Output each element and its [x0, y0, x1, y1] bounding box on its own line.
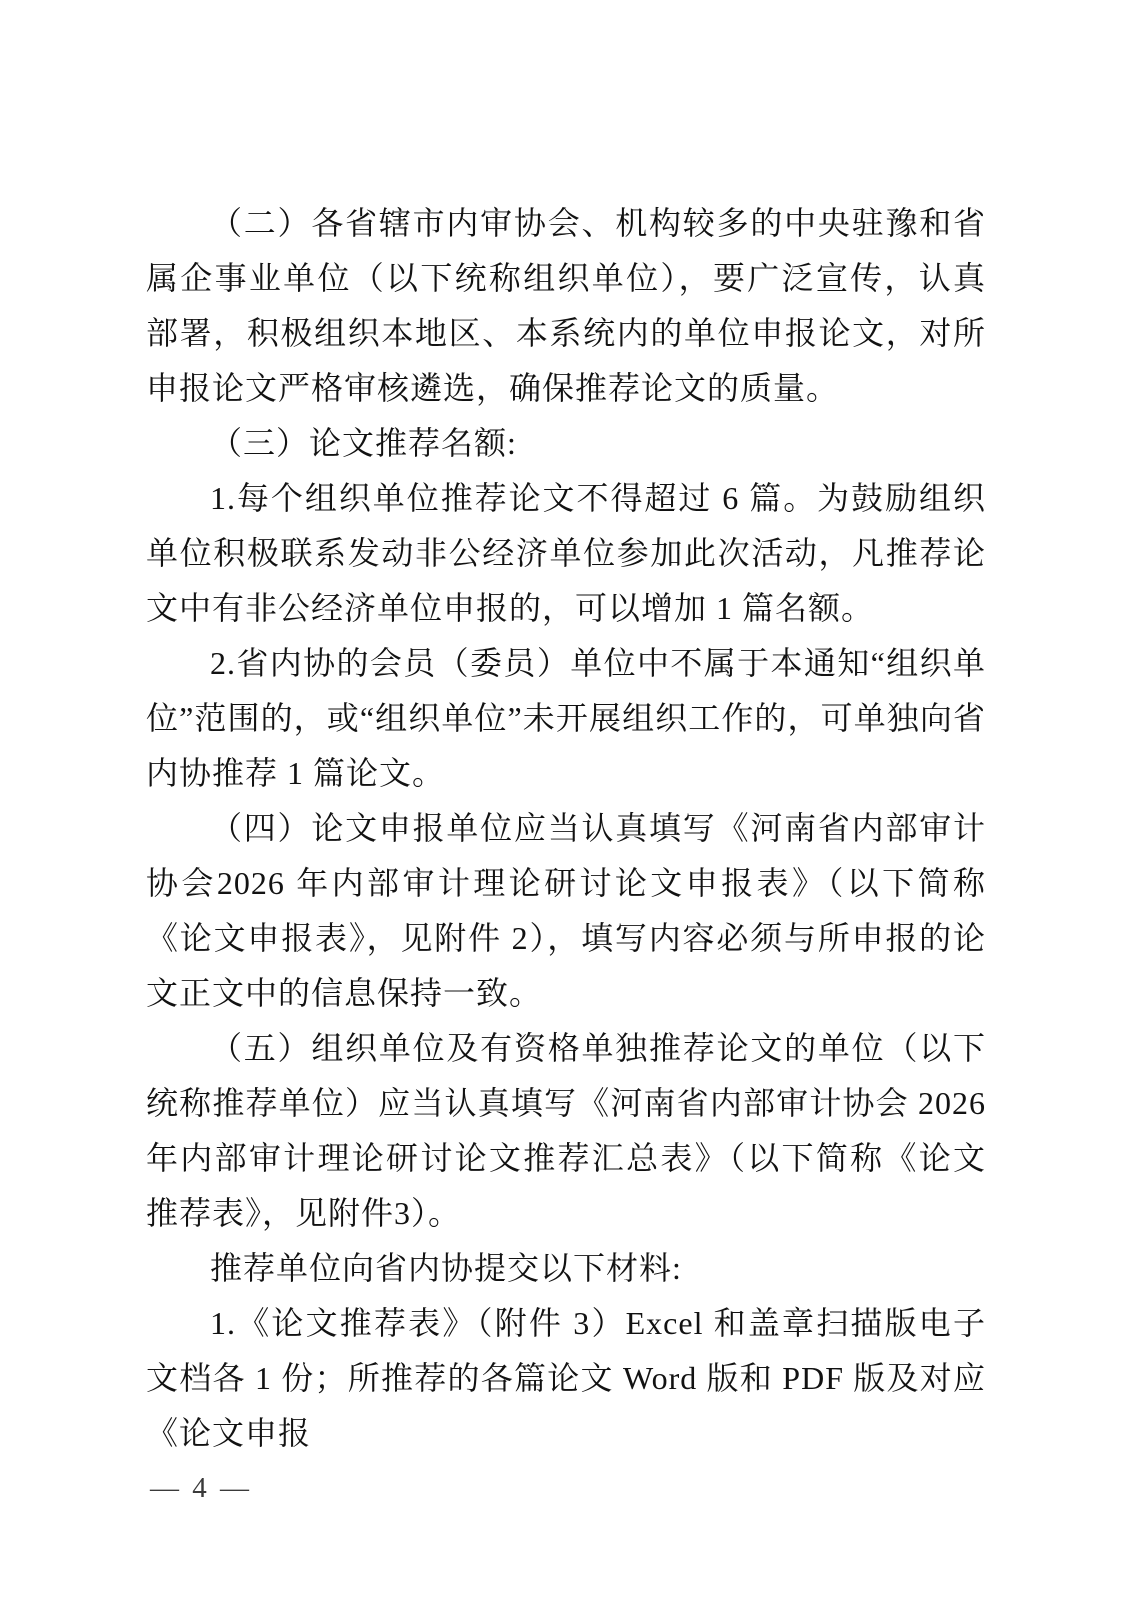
paragraph-2-organizing-units: （二）各省辖市内审协会、机构较多的中央驻豫和省属企事业单位（以下统称组织单位），…: [146, 196, 986, 416]
paragraph-3-quota-heading: （三）论文推荐名额:: [146, 416, 986, 471]
document-page: （二）各省辖市内审协会、机构较多的中央驻豫和省属企事业单位（以下统称组织单位），…: [0, 0, 1131, 1600]
document-body: （二）各省辖市内审协会、机构较多的中央驻豫和省属企事业单位（以下统称组织单位），…: [146, 196, 986, 1461]
paragraph-materials-heading: 推荐单位向省内协提交以下材料:: [146, 1241, 986, 1296]
page-footer: — 4 —: [150, 1472, 252, 1505]
paragraph-5-recommendation-form: （五）组织单位及有资格单独推荐论文的单位（以下统称推荐单位）应当认真填写《河南省…: [146, 1021, 986, 1241]
paragraph-materials-item-1: 1.《论文推荐表》（附件 3）Excel 和盖章扫描版电子文档各 1 份；所推荐…: [146, 1296, 986, 1461]
paragraph-quota-item-2: 2.省内协的会员（委员）单位中不属于本通知“组织单位”范围的，或“组织单位”未开…: [146, 636, 986, 801]
paragraph-quota-item-1: 1.每个组织单位推荐论文不得超过 6 篇。为鼓励组织单位积极联系发动非公经济单位…: [146, 471, 986, 636]
paragraph-4-application-form: （四）论文申报单位应当认真填写《河南省内部审计协会2026 年内部审计理论研讨论…: [146, 801, 986, 1021]
page-number: — 4 —: [150, 1472, 252, 1504]
